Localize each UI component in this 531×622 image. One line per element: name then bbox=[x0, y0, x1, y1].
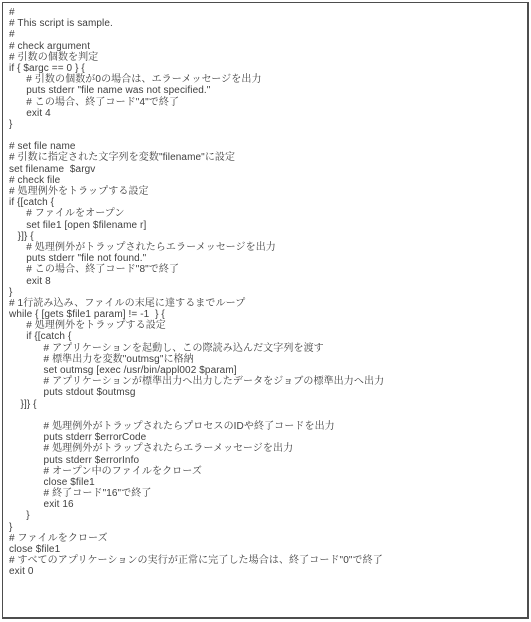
code-line: # check argument bbox=[9, 41, 523, 52]
code-line: } bbox=[9, 522, 523, 533]
code-line: puts stderr "file name was not specified… bbox=[9, 85, 523, 96]
code-line: # 処理例外がトラップされたらエラーメッセージを出力 bbox=[9, 443, 523, 454]
code-line: } bbox=[9, 119, 523, 130]
code-line: # 1行読み込み、ファイルの末尾に達するまでループ bbox=[9, 298, 523, 309]
code-line: # 引数に指定された文字列を変数"filename"に設定 bbox=[9, 152, 523, 163]
code-line: puts stdout $outmsg bbox=[9, 387, 523, 398]
code-line: # 引数の個数が0の場合は、エラーメッセージを出力 bbox=[9, 74, 523, 85]
code-line: }]} { bbox=[9, 231, 523, 242]
code-line: # この場合、終了コード"8"で終了 bbox=[9, 264, 523, 275]
code-line: if {[catch { bbox=[9, 331, 523, 342]
script-frame: ## This script is sample.## check argume… bbox=[2, 2, 529, 619]
code-line: # 終了コード"16"で終了 bbox=[9, 488, 523, 499]
code-line: # 引数の個数を判定 bbox=[9, 52, 523, 63]
code-line: # bbox=[9, 7, 523, 18]
code-line: # 処理例外がトラップされたらプロセスのIDや終了コードを出力 bbox=[9, 421, 523, 432]
code-line: exit 8 bbox=[9, 276, 523, 287]
code-line: puts stderr $errorInfo bbox=[9, 455, 523, 466]
code-line: set outmsg [exec /usr/bin/appl002 $param… bbox=[9, 365, 523, 376]
code-line: # ファイルをクローズ bbox=[9, 533, 523, 544]
code-line: # ファイルをオープン bbox=[9, 208, 523, 219]
script-code: ## This script is sample.## check argume… bbox=[3, 3, 527, 582]
code-line: # アプリケーションが標準出力へ出力したデータをジョブの標準出力へ出力 bbox=[9, 376, 523, 387]
code-line: # すべてのアプリケーションの実行が正常に完了した場合は、終了コード"0"で終了 bbox=[9, 555, 523, 566]
code-line: # オープン中のファイルをクローズ bbox=[9, 466, 523, 477]
code-line: puts stderr "file not found." bbox=[9, 253, 523, 264]
code-line: # This script is sample. bbox=[9, 18, 523, 29]
code-line: close $file1 bbox=[9, 477, 523, 488]
code-line: # set file name bbox=[9, 141, 523, 152]
code-line: exit 16 bbox=[9, 499, 523, 510]
code-line: puts stderr $errorCode bbox=[9, 432, 523, 443]
code-line: # この場合、終了コード"4"で終了 bbox=[9, 97, 523, 108]
code-line: # bbox=[9, 29, 523, 40]
code-line: # 処理例外をトラップする設定 bbox=[9, 186, 523, 197]
code-line: # 処理例外をトラップする設定 bbox=[9, 320, 523, 331]
page: { "document": { "kind": "script-listing"… bbox=[0, 0, 531, 622]
code-line: close $file1 bbox=[9, 544, 523, 555]
code-line: }]} { bbox=[9, 399, 523, 410]
code-line: if { $argc == 0 } { bbox=[9, 63, 523, 74]
code-line: exit 0 bbox=[9, 566, 523, 577]
code-line: } bbox=[9, 510, 523, 521]
code-line: while { [gets $file1 param] != -1 } { bbox=[9, 309, 523, 320]
code-line: set filename $argv bbox=[9, 164, 523, 175]
code-line bbox=[9, 130, 523, 141]
code-line: # アプリケーションを起動し、この際読み込んだ文字列を渡す bbox=[9, 343, 523, 354]
code-line: # check file bbox=[9, 175, 523, 186]
code-line: exit 4 bbox=[9, 108, 523, 119]
code-line: # 標準出力を変数"outmsg"に格納 bbox=[9, 354, 523, 365]
code-line: if {[catch { bbox=[9, 197, 523, 208]
code-line bbox=[9, 410, 523, 421]
code-line: } bbox=[9, 287, 523, 298]
code-line: # 処理例外がトラップされたらエラーメッセージを出力 bbox=[9, 242, 523, 253]
code-line: set file1 [open $filename r] bbox=[9, 220, 523, 231]
